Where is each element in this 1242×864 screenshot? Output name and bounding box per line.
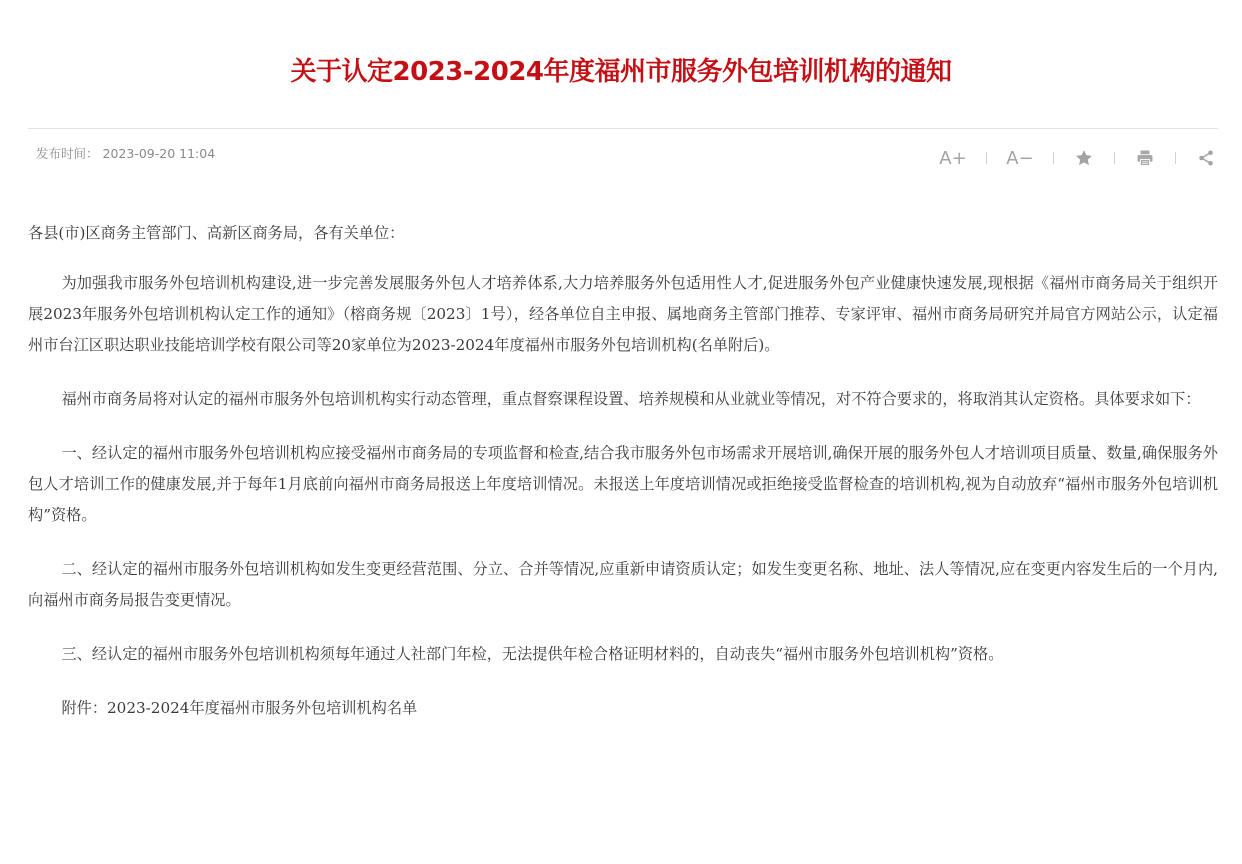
article-meta-bar: 发布时间：2023-09-20 11:04 A+ A− <box>28 140 1218 176</box>
font-increase-button[interactable]: A+ <box>938 146 968 170</box>
share-icon <box>1197 149 1215 167</box>
toolbar-separator <box>986 152 987 164</box>
font-decrease-button[interactable]: A− <box>1005 146 1035 170</box>
share-button[interactable] <box>1194 146 1218 170</box>
body-paragraph: 一、经认定的福州市服务外包培训机构应接受福州市商务局的专项监督和检查,结合我市服… <box>28 438 1218 531</box>
toolbar-separator <box>1114 152 1115 164</box>
article-toolbar: A+ A− <box>938 146 1218 170</box>
page-title: 关于认定2023-2024年度福州市服务外包培训机构的通知 <box>0 52 1242 92</box>
article-body: 各县(市)区商务主管部门、高新区商务局，各有关单位： 为加强我市服务外包培训机构… <box>28 218 1218 747</box>
publish-time-value: 2023-09-20 11:04 <box>103 146 216 161</box>
body-paragraph: 为加强我市服务外包培训机构建设,进一步完善发展服务外包人才培养体系,大力培养服务… <box>28 268 1218 361</box>
body-paragraph: 三、经认定的福州市服务外包培训机构须每年通过人社部门年检，无法提供年检合格证明材… <box>28 639 1218 670</box>
print-button[interactable] <box>1133 146 1157 170</box>
title-divider <box>28 128 1218 129</box>
toolbar-separator <box>1175 152 1176 164</box>
printer-icon <box>1136 149 1154 167</box>
salutation: 各县(市)区商务主管部门、高新区商务局，各有关单位： <box>28 218 1218 249</box>
favorite-button[interactable] <box>1072 146 1096 170</box>
publish-time-label: 发布时间： <box>36 146 99 161</box>
publish-time: 发布时间：2023-09-20 11:04 <box>36 144 215 164</box>
star-icon <box>1074 148 1094 168</box>
toolbar-separator <box>1053 152 1054 164</box>
body-paragraph: 二、经认定的福州市服务外包培训机构如发生变更经营范围、分立、合并等情况,应重新申… <box>28 554 1218 616</box>
body-paragraph: 福州市商务局将对认定的福州市服务外包培训机构实行动态管理，重点督察课程设置、培养… <box>28 384 1218 415</box>
attachment-link[interactable]: 附件：2023-2024年度福州市服务外包培训机构名单 <box>28 693 1218 724</box>
